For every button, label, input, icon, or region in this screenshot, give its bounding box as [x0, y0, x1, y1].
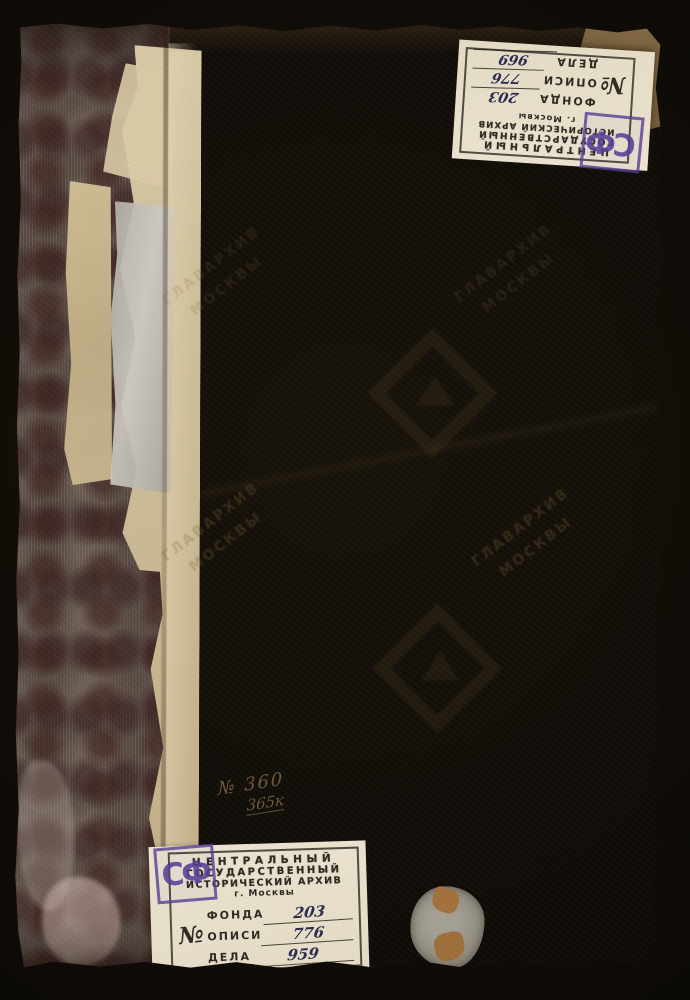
delo-label: ДЕЛА	[555, 53, 599, 71]
glue-seal-remnant	[410, 886, 484, 968]
delo-value-handwritten: 969	[470, 49, 557, 68]
archive-logo-inner-icon	[416, 375, 454, 405]
archive-fields: № ФОНДА 203 ОПИСИ 776 ДЕЛА 959	[174, 899, 357, 968]
repair-tape-tan	[64, 181, 113, 485]
opis-label: ОПИСИ	[542, 71, 598, 90]
archive-field-list: ФОНДА 203 ОПИСИ 776 ДЕЛА 959	[206, 899, 357, 967]
fond-label: ФОНДА	[538, 90, 597, 109]
spine-light-patch	[42, 877, 120, 965]
numero-sign: №	[174, 920, 209, 950]
archive-fields: № ФОНДА 203 ОПИСИ 776 ДЕЛА 969	[467, 47, 630, 114]
watermark-line: МОСКВЫ	[453, 228, 587, 340]
opis-label: ОПИСИ	[207, 929, 262, 946]
archive-logo-watermark-icon	[372, 603, 502, 733]
archival-label-bottom: ЦЕНТРАЛЬНЫЙ ГОСУДАРСТВЕННЫЙ ИСТОРИЧЕСКИЙ…	[149, 840, 370, 980]
cover-left-edge-highlight	[165, 43, 196, 933]
pencil-annotation: № 360 365к	[216, 769, 289, 820]
fond-label: ФОНДА	[207, 908, 265, 925]
fond-value-handwritten: 203	[468, 87, 540, 105]
numero-sign: №	[597, 71, 629, 98]
opis-value-handwritten: 776	[469, 68, 544, 86]
archive-logo-inner-icon	[421, 650, 459, 680]
archive-field-list: ФОНДА 203 ОПИСИ 776 ДЕЛА 969	[467, 47, 598, 112]
glavarkhiv-watermark: ГЛАВАРХИВ МОСКВЫ	[454, 472, 603, 604]
delo-value-handwritten: 959	[250, 942, 356, 966]
sf-purple-stamp: СФ	[579, 112, 644, 174]
cover-fold-line	[201, 340, 657, 562]
watermark-line: ГЛАВАРХИВ	[454, 472, 588, 584]
archive-logo-watermark-icon	[367, 328, 497, 458]
watermark-line: ГЛАВАРХИВ	[437, 208, 571, 320]
sf-purple-stamp: СФ	[153, 844, 217, 905]
photo-background: ГЛАВАРХИВ МОСКВЫ ГЛАВАРХИВ МОСКВЫ ГЛАВАР…	[0, 0, 690, 1000]
watermark-line: МОСКВЫ	[470, 492, 604, 604]
glavarkhiv-watermark: ГЛАВАРХИВ МОСКВЫ	[437, 208, 586, 340]
delo-label: ДЕЛА	[208, 950, 251, 966]
archival-label-top: ЦЕНТРАЛЬНЫЙ ГОСУДАРСТВЕННЫЙ ИСТОРИЧЕСКИЙ…	[452, 40, 655, 171]
book-cover: ГЛАВАРХИВ МОСКВЫ ГЛАВАРХИВ МОСКВЫ ГЛАВАР…	[14, 19, 669, 973]
